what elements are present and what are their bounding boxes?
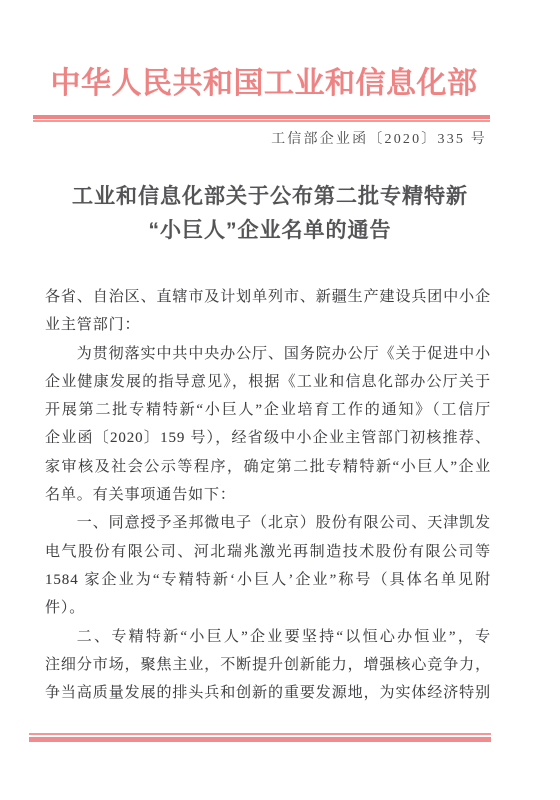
footer-rule [29,733,491,742]
body-line: 企业健康发展的指导意见》，根据《工业和信息化部办公厅关于 [45,368,491,396]
body-line: 企业函〔2020〕159 号），经省级中小企业主管部门初核推荐、专 [45,424,491,452]
body-line: 各省、自治区、直辖市及计划单列市、新疆生产建设兵团中小企 [45,283,491,311]
letterhead-rule-thin [33,120,490,122]
body-line: 注细分市场，聚焦主业，不断提升创新能力，增强核心竞争力， [45,651,491,679]
body-line: 一、同意授予圣邦微电子（北京）股份有限公司、天津凯发 [45,509,491,537]
body-line: 为贯彻落实中共中央办公厅、国务院办公厅《关于促进中小 [45,340,491,368]
body-line: 开展第二批专精特新“小巨人”企业培育工作的通知》（工信厅 [45,396,491,424]
scanned-document-page: 中华人民共和国工业和信息化部 工信部企业函〔2020〕335 号 工业和信息化部… [0,0,560,800]
body-line: 名单。有关事项通告如下： [45,481,491,509]
agency-letterhead: 中华人民共和国工业和信息化部 [35,64,493,104]
body-line: 件）。 [45,594,491,622]
body-line: 争当高质量发展的排头兵和创新的重要发源地，为实体经济特别 [45,679,491,707]
footer-rule-thick [29,737,491,742]
notice-title: 工业和信息化部关于公布第二批专精特新 “小巨人”企业名单的通告 [40,180,500,248]
letterhead-rule [33,115,490,122]
document-number: 工信部企业函〔2020〕335 号 [35,130,487,150]
body-line: 1584 家企业为“专精特新‘小巨人’企业”称号（具体名单见附 [45,566,491,594]
body-line: 二、专精特新“小巨人”企业要坚持“以恒心办恒业”，专 [45,623,491,651]
body-line: 家审核及社会公示等程序，确定第二批专精特新“小巨人”企业 [45,453,491,481]
notice-body: 各省、自治区、直辖市及计划单列市、新疆生产建设兵团中小企 业主管部门： 为贯彻落… [45,283,491,707]
body-line: 业主管部门： [45,311,491,339]
notice-title-line1: 工业和信息化部关于公布第二批专精特新 [40,180,500,214]
notice-title-line2: “小巨人”企业名单的通告 [40,214,500,248]
body-line: 电气股份有限公司、河北瑞兆激光再制造技术股份有限公司等 [45,538,491,566]
